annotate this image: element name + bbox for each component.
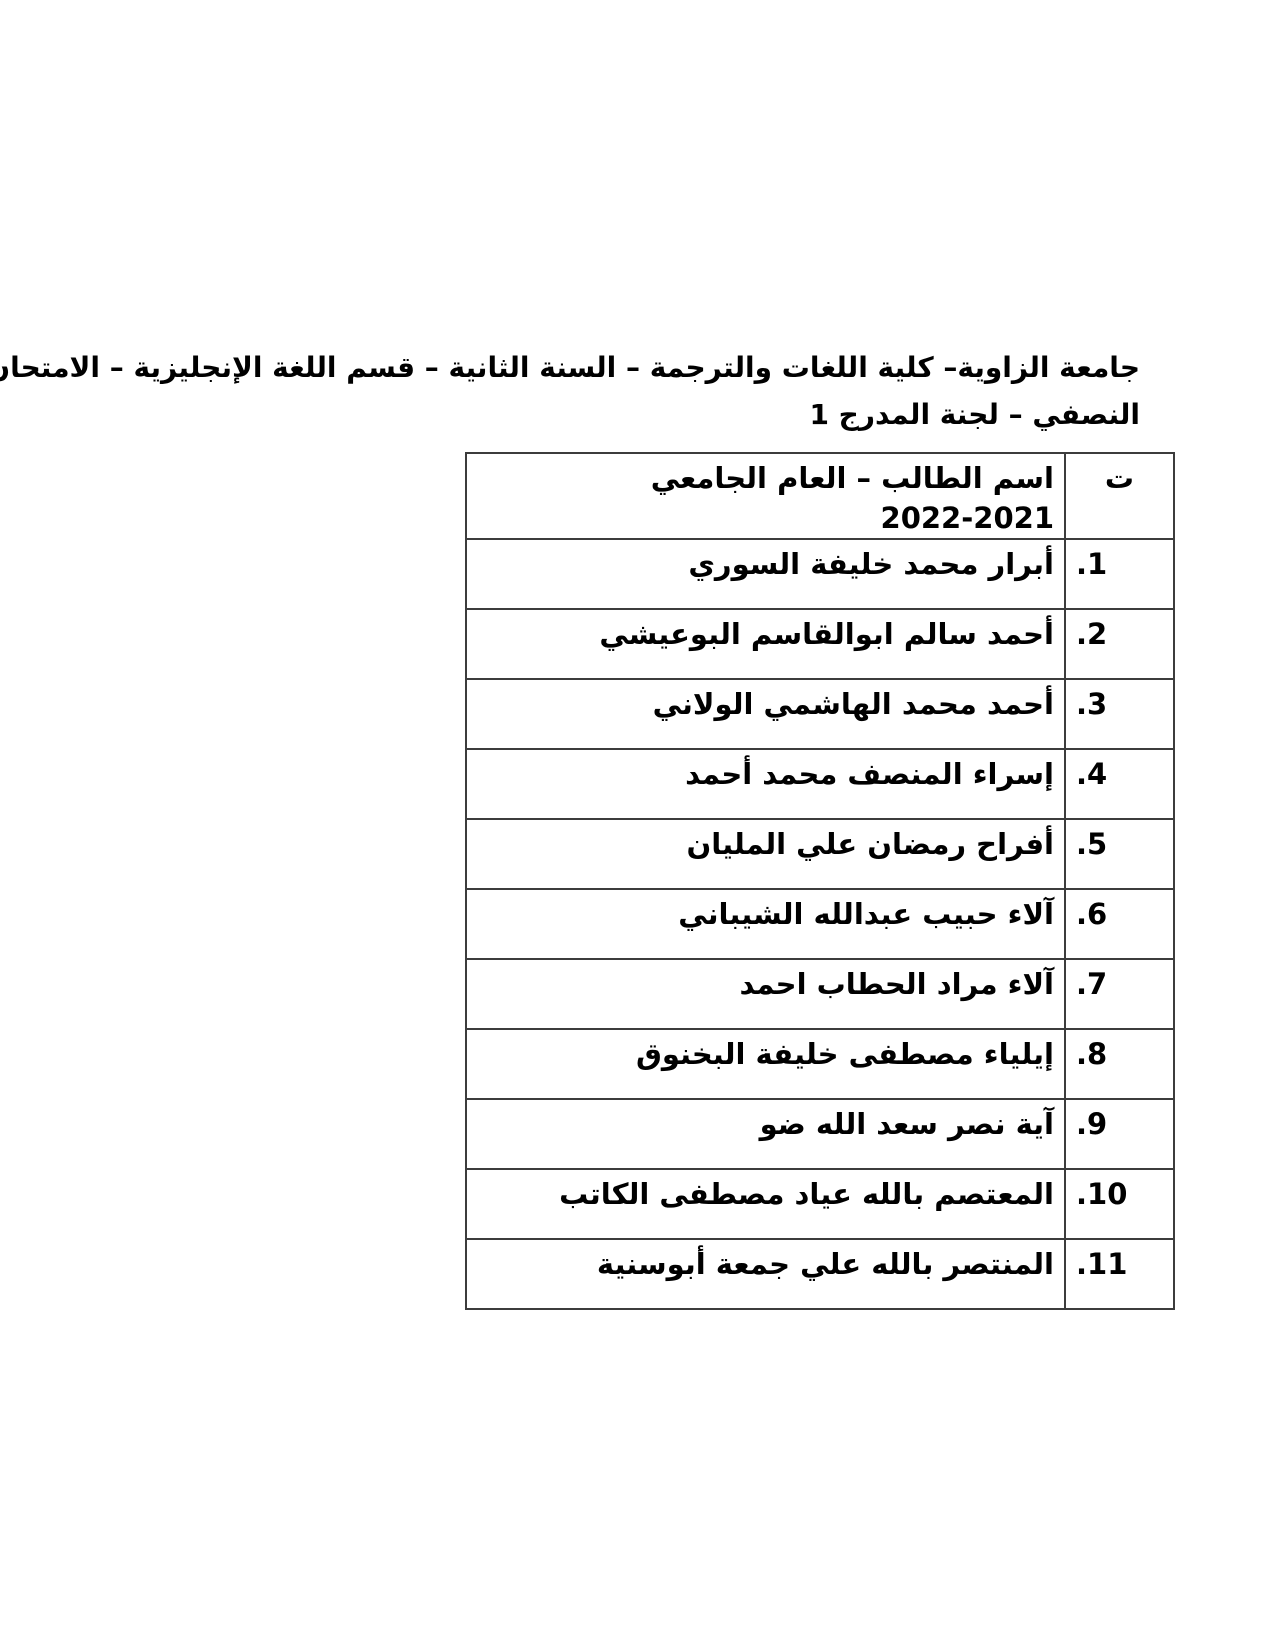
column-header-student-name: اسم الطالب – العام الجامعي 2021‏-‏2022 [466, 453, 1065, 539]
table-row: 5.أفراح رمضان علي المليان [466, 819, 1174, 889]
table-row: 1.أبرار محمد خليفة السوري [466, 539, 1174, 609]
student-name: آلاء مراد الحطاب احمد [466, 959, 1065, 1029]
table-row: 4.إسراء المنصف محمد أحمد [466, 749, 1174, 819]
table-row: 2.أحمد سالم ابوالقاسم البوعيشي [466, 609, 1174, 679]
student-name: أحمد محمد الهاشمي الولاني [466, 679, 1065, 749]
row-number: 3. [1065, 679, 1174, 749]
table-row: 3.أحمد محمد الهاشمي الولاني [466, 679, 1174, 749]
row-number: 8. [1065, 1029, 1174, 1099]
row-number: 9. [1065, 1099, 1174, 1169]
table-row: 8.إيلياء مصطفى خليفة البخنوق [466, 1029, 1174, 1099]
table-row: 10.المعتصم بالله عياد مصطفى الكاتب [466, 1169, 1174, 1239]
row-number: 5. [1065, 819, 1174, 889]
row-number: 11. [1065, 1239, 1174, 1309]
row-number: 1. [1065, 539, 1174, 609]
table-row: 7.آلاء مراد الحطاب احمد [466, 959, 1174, 1029]
student-name: إسراء المنصف محمد أحمد [466, 749, 1065, 819]
student-name: إيلياء مصطفى خليفة البخنوق [466, 1029, 1065, 1099]
students-table-body: ت اسم الطالب – العام الجامعي 2021‏-‏2022… [466, 453, 1174, 1309]
student-name: أفراح رمضان علي المليان [466, 819, 1065, 889]
student-name: آية نصر سعد الله ضو [466, 1099, 1065, 1169]
row-number: 7. [1065, 959, 1174, 1029]
row-number: 10. [1065, 1169, 1174, 1239]
student-name: المنتصر بالله علي جمعة أبوسنية [466, 1239, 1065, 1309]
table-row: 11.المنتصر بالله علي جمعة أبوسنية [466, 1239, 1174, 1309]
row-number: 4. [1065, 749, 1174, 819]
document-header: جامعة الزاوية– كلية اللغات والترجمة – ال… [150, 344, 1140, 438]
header-line-2: النصفي – لجنة المدرج 1 [150, 391, 1140, 438]
row-number: 6. [1065, 889, 1174, 959]
student-name: آلاء حبيب عبدالله الشيباني [466, 889, 1065, 959]
header-line-1: جامعة الزاوية– كلية اللغات والترجمة – ال… [150, 344, 1140, 391]
student-name: أبرار محمد خليفة السوري [466, 539, 1065, 609]
students-table: ت اسم الطالب – العام الجامعي 2021‏-‏2022… [465, 452, 1175, 1310]
student-name: أحمد سالم ابوالقاسم البوعيشي [466, 609, 1065, 679]
row-number: 2. [1065, 609, 1174, 679]
table-row: 9.آية نصر سعد الله ضو [466, 1099, 1174, 1169]
column-header-index: ت [1065, 453, 1174, 539]
table-header-row: ت اسم الطالب – العام الجامعي 2021‏-‏2022 [466, 453, 1174, 539]
table-row: 6.آلاء حبيب عبدالله الشيباني [466, 889, 1174, 959]
document-page: جامعة الزاوية– كلية اللغات والترجمة – ال… [0, 0, 1275, 1650]
student-name: المعتصم بالله عياد مصطفى الكاتب [466, 1169, 1065, 1239]
